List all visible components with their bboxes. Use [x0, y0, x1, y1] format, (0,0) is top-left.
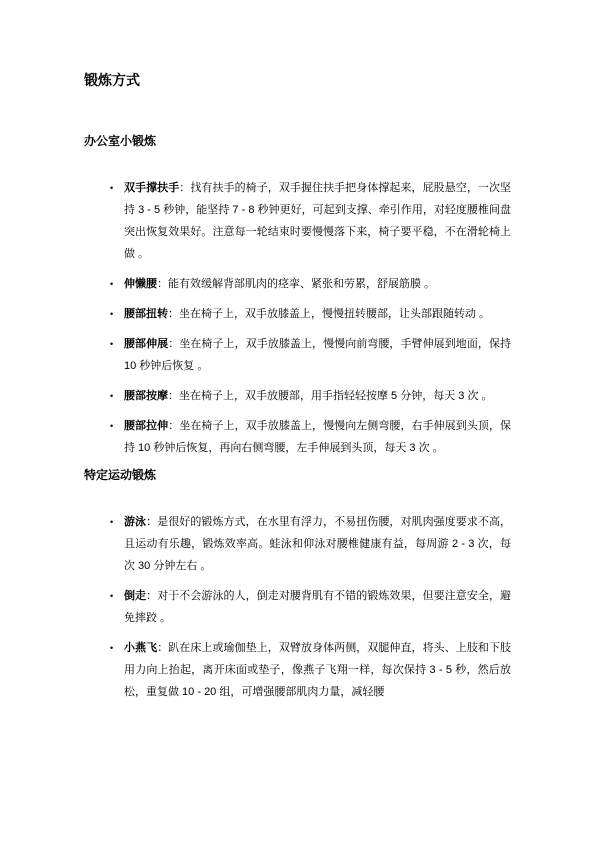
item-desc: 坐在椅子上，双手放膝盖上，慢慢向左侧弯腰，右手伸展到头顶，保持 10 秒钟后恢复… [124, 420, 511, 454]
page-title: 锻炼方式 [84, 71, 511, 89]
term-colon: ： [179, 182, 190, 194]
bullet-icon: • [110, 273, 113, 295]
item-desc: 坐在椅子上，双手放腰部，用手指轻轻按摩 5 分钟，每天 3 次 。 [179, 390, 493, 402]
item-text: 伸懒腰：能有效缓解背部肌肉的痉挛、紧张和劳累，舒展筋膜 。 [124, 273, 511, 295]
item-term: 伸懒腰 [124, 278, 157, 290]
item-text: 倒走：对于不会游泳的人，倒走对腰背肌有不错的锻炼效果，但要注意安全，避免摔跤 。 [124, 585, 511, 629]
item-text: 腰部拉伸：坐在椅子上，双手放膝盖上，慢慢向左侧弯腰，右手伸展到头顶，保持 10 … [124, 415, 511, 459]
bullet-icon: • [110, 333, 113, 355]
item-desc: 坐在椅子上，双手放膝盖上，慢慢扭转腰部，让头部跟随转动 。 [179, 308, 490, 320]
list-item: • 伸懒腰：能有效缓解背部肌肉的痉挛、紧张和劳累，舒展筋膜 。 [84, 273, 511, 295]
document-page: 锻炼方式 办公室小锻炼 • 双手撑扶手：找有扶手的椅子，双手握住扶手把身体撑起来… [0, 0, 595, 841]
list-item: • 游泳：是很好的锻炼方式，在水里有浮力，不易扭伤腰，对肌肉强度要求不高，且运动… [84, 511, 511, 577]
item-desc: 能有效缓解背部肌肉的痉挛、紧张和劳累，舒展筋膜 。 [168, 278, 435, 290]
bullet-list-sports: • 游泳：是很好的锻炼方式，在水里有浮力，不易扭伤腰，对肌肉强度要求不高，且运动… [84, 511, 511, 703]
item-text: 腰部按摩：坐在椅子上，双手放腰部，用手指轻轻按摩 5 分钟，每天 3 次 。 [124, 385, 511, 407]
section-heading-office: 办公室小锻炼 [84, 133, 511, 149]
list-item: • 双手撑扶手：找有扶手的椅子，双手握住扶手把身体撑起来，屁股悬空，一次坚持 3… [84, 177, 511, 265]
term-colon: ： [146, 590, 157, 602]
section-office-exercise: 办公室小锻炼 • 双手撑扶手：找有扶手的椅子，双手握住扶手把身体撑起来，屁股悬空… [84, 133, 511, 459]
item-desc: 坐在椅子上，双手放膝盖上，慢慢向前弯腰，手臂伸展到地面，保持 10 秒钟后恢复 … [124, 338, 511, 372]
item-term: 双手撑扶手 [124, 182, 179, 194]
term-colon: ： [168, 308, 179, 320]
bullet-list-office: • 双手撑扶手：找有扶手的椅子，双手握住扶手把身体撑起来，屁股悬空，一次坚持 3… [84, 177, 511, 459]
bullet-icon: • [110, 585, 113, 607]
list-item: • 小燕飞：趴在床上或瑜伽垫上，双臂放身体两侧，双腿伸直，将头、上肢和下肢用力向… [84, 637, 511, 703]
item-term: 腰部按摩 [124, 390, 168, 402]
bullet-icon: • [110, 511, 113, 533]
list-item: • 倒走：对于不会游泳的人，倒走对腰背肌有不错的锻炼效果，但要注意安全，避免摔跤… [84, 585, 511, 629]
bullet-icon: • [110, 637, 113, 659]
bullet-icon: • [110, 415, 113, 437]
list-item: • 腰部扭转：坐在椅子上，双手放膝盖上，慢慢扭转腰部，让头部跟随转动 。 [84, 303, 511, 325]
item-term: 游泳 [124, 516, 146, 528]
item-desc: 是很好的锻炼方式，在水里有浮力，不易扭伤腰，对肌肉强度要求不高，且运动有乐趣，锻… [124, 516, 511, 572]
item-text: 双手撑扶手：找有扶手的椅子，双手握住扶手把身体撑起来，屁股悬空，一次坚持 3 -… [124, 177, 511, 265]
item-desc: 对于不会游泳的人，倒走对腰背肌有不错的锻炼效果，但要注意安全，避免摔跤 。 [124, 590, 511, 624]
item-text: 小燕飞：趴在床上或瑜伽垫上，双臂放身体两侧，双腿伸直，将头、上肢和下肢用力向上抬… [124, 637, 511, 703]
section-specific-sports: 特定运动锻炼 • 游泳：是很好的锻炼方式，在水里有浮力，不易扭伤腰，对肌肉强度要… [84, 467, 511, 703]
bullet-icon: • [110, 303, 113, 325]
item-text: 游泳：是很好的锻炼方式，在水里有浮力，不易扭伤腰，对肌肉强度要求不高，且运动有乐… [124, 511, 511, 577]
bullet-icon: • [110, 385, 113, 407]
term-colon: ： [168, 420, 179, 432]
item-term: 腰部伸展 [124, 338, 168, 350]
item-text: 腰部扭转：坐在椅子上，双手放膝盖上，慢慢扭转腰部，让头部跟随转动 。 [124, 303, 511, 325]
item-term: 倒走 [124, 590, 146, 602]
item-text: 腰部伸展：坐在椅子上，双手放膝盖上，慢慢向前弯腰，手臂伸展到地面，保持 10 秒… [124, 333, 511, 377]
term-colon: ： [146, 516, 157, 528]
list-item: • 腰部伸展：坐在椅子上，双手放膝盖上，慢慢向前弯腰，手臂伸展到地面，保持 10… [84, 333, 511, 377]
term-colon: ： [157, 642, 168, 654]
item-term: 腰部拉伸 [124, 420, 168, 432]
bullet-icon: • [110, 177, 113, 199]
item-desc: 趴在床上或瑜伽垫上，双臂放身体两侧，双腿伸直，将头、上肢和下肢用力向上抬起，离开… [124, 642, 511, 698]
list-item: • 腰部按摩：坐在椅子上，双手放腰部，用手指轻轻按摩 5 分钟，每天 3 次 。 [84, 385, 511, 407]
item-term: 小燕飞 [124, 642, 157, 654]
list-item: • 腰部拉伸：坐在椅子上，双手放膝盖上，慢慢向左侧弯腰，右手伸展到头顶，保持 1… [84, 415, 511, 459]
term-colon: ： [157, 278, 168, 290]
section-heading-sports: 特定运动锻炼 [84, 467, 511, 483]
term-colon: ： [168, 390, 179, 402]
item-term: 腰部扭转 [124, 308, 168, 320]
term-colon: ： [168, 338, 179, 350]
